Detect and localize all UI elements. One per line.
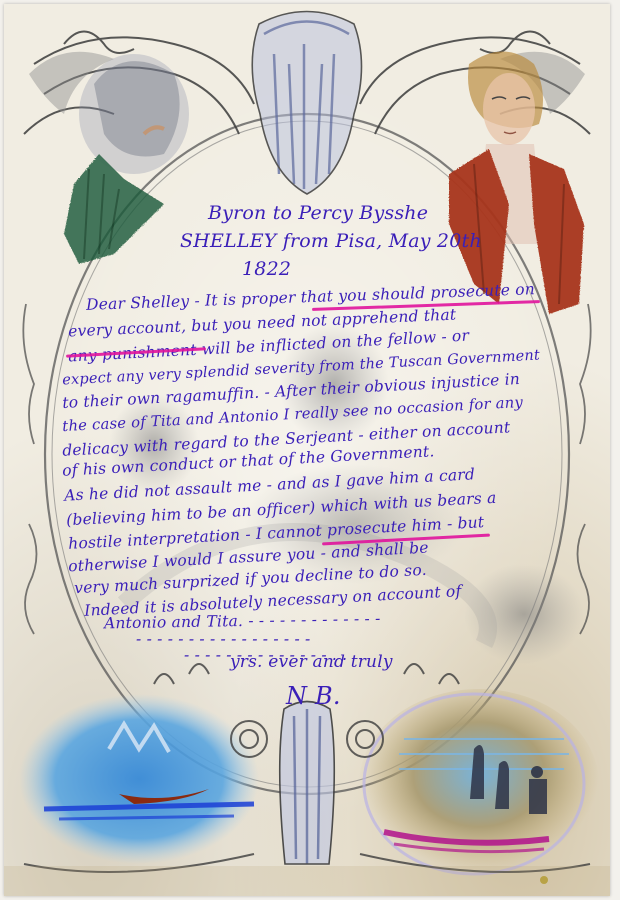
figures-on-shore-vignette	[359, 689, 599, 884]
byron-portrait	[64, 54, 189, 264]
letter-sheet: Byron to Percy Bysshe SHELLEY from Pisa,…	[4, 4, 610, 896]
signature: N B.	[286, 682, 341, 710]
heading-line-1: Byron to Percy Bysshe	[208, 202, 428, 224]
boat-at-sea-vignette	[19, 694, 259, 864]
heading-line-3: 1822	[242, 258, 291, 280]
valediction: yrs. ever and truly	[230, 652, 393, 672]
heading-line-2: SHELLEY from Pisa, May 20th	[180, 230, 482, 252]
